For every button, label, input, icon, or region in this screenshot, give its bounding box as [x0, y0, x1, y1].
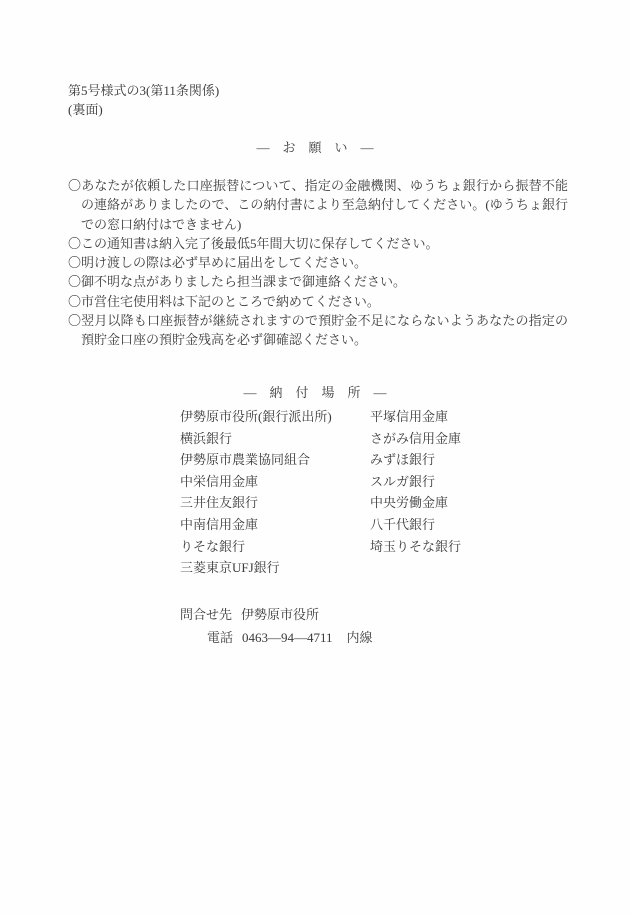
notice-text: あなたが依頼した口座振替について、指定の金融機関、ゆうちょ銀行から振替不能の連絡… — [81, 178, 568, 232]
request-heading: ― お 願 い ― — [0, 140, 630, 156]
notice-item: 〇翌月以降も口座振替が継続されますので預貯金不足にならないようあなたの指定の預貯… — [68, 311, 568, 350]
notice-list: 〇あなたが依頼した口座振替について、指定の金融機関、ゆうちょ銀行から振替不能の連… — [68, 176, 568, 350]
payment-row: 三菱東京UFJ銀行 — [180, 557, 461, 579]
contact-phone-row: 電話 0463―94―4711 内線 — [207, 627, 373, 650]
bullet-marker: 〇 — [68, 236, 81, 251]
notice-item: 〇明け渡しの際は必ず早めに届出をしてください。 — [68, 253, 568, 272]
notice-text: 御不明な点がありましたら担当課まで御連絡ください。 — [81, 274, 406, 289]
side-label: (裏面) — [68, 100, 219, 119]
payment-row: 中南信用金庫 八千代銀行 — [180, 514, 461, 536]
payment-place: 平塚信用金庫 — [370, 406, 448, 428]
payment-row: 三井住友銀行 中央労働金庫 — [180, 492, 461, 514]
payment-place: 中央労働金庫 — [370, 492, 448, 514]
form-header: 第5号様式の3(第11条関係) (裏面) — [68, 81, 219, 119]
phone-label: 電話 — [207, 627, 233, 650]
payment-place: スルガ銀行 — [370, 471, 435, 493]
contact-office-row: 問合せ先 伊勢原市役所 — [180, 604, 373, 627]
bullet-marker: 〇 — [68, 313, 81, 328]
payment-place: 埼玉りそな銀行 — [370, 536, 461, 558]
payment-place: 八千代銀行 — [370, 514, 435, 536]
notice-item: 〇あなたが依頼した口座振替について、指定の金融機関、ゆうちょ銀行から振替不能の連… — [68, 176, 568, 234]
notice-text: この通知書は納入完了後最低5年間大切に保存してください。 — [81, 236, 439, 251]
form-number: 第5号様式の3(第11条関係) — [68, 81, 219, 100]
payment-row: 中栄信用金庫 スルガ銀行 — [180, 471, 461, 493]
payment-row: りそな銀行 埼玉りそな銀行 — [180, 536, 461, 558]
notice-item: 〇御不明な点がありましたら担当課まで御連絡ください。 — [68, 272, 568, 291]
payment-place: りそな銀行 — [180, 536, 370, 558]
notice-text: 市営住宅使用料は下記のところで納めてください。 — [81, 294, 380, 309]
document-page: 第5号様式の3(第11条関係) (裏面) ― お 願 い ― 〇あなたが依頼した… — [0, 0, 630, 915]
payment-places-heading: ― 納 付 場 所 ― — [0, 385, 630, 401]
bullet-marker: 〇 — [68, 178, 81, 193]
payment-place: 中栄信用金庫 — [180, 471, 370, 493]
payment-place: みずほ銀行 — [370, 449, 435, 471]
payment-row: 横浜銀行 さがみ信用金庫 — [180, 428, 461, 450]
payment-place: 伊勢原市農業協同組合 — [180, 449, 370, 471]
payment-place: 中南信用金庫 — [180, 514, 370, 536]
payment-row: 伊勢原市役所(銀行派出所) 平塚信用金庫 — [180, 406, 461, 428]
notice-text: 明け渡しの際は必ず早めに届出をしてください。 — [81, 255, 367, 270]
payment-places-table: 伊勢原市役所(銀行派出所) 平塚信用金庫 横浜銀行 さがみ信用金庫 伊勢原市農業… — [180, 406, 461, 579]
contact-block: 問合せ先 伊勢原市役所 電話 0463―94―4711 内線 — [180, 604, 373, 649]
contact-label: 問合せ先 — [180, 604, 232, 627]
payment-place: 三井住友銀行 — [180, 492, 370, 514]
contact-office: 伊勢原市役所 — [241, 604, 319, 627]
bullet-marker: 〇 — [68, 255, 81, 270]
extension-label: 内線 — [347, 627, 373, 650]
notice-item: 〇市営住宅使用料は下記のところで納めてください。 — [68, 292, 568, 311]
bullet-marker: 〇 — [68, 294, 81, 309]
notice-item: 〇この通知書は納入完了後最低5年間大切に保存してください。 — [68, 234, 568, 253]
payment-place: 伊勢原市役所(銀行派出所) — [180, 406, 370, 428]
bullet-marker: 〇 — [68, 274, 81, 289]
payment-place: さがみ信用金庫 — [370, 428, 461, 450]
payment-row: 伊勢原市農業協同組合 みずほ銀行 — [180, 449, 461, 471]
notice-text: 翌月以降も口座振替が継続されますので預貯金不足にならないようあなたの指定の預貯金… — [81, 313, 568, 347]
payment-place: 横浜銀行 — [180, 428, 370, 450]
payment-place: 三菱東京UFJ銀行 — [180, 557, 370, 579]
phone-number: 0463―94―4711 — [242, 627, 333, 650]
